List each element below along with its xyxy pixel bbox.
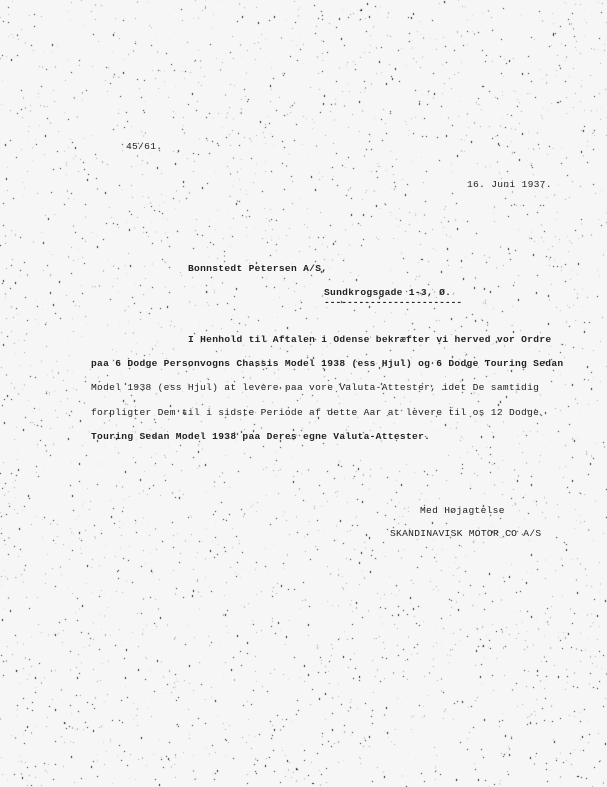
letter-date: 16. Juni 1937. [467,179,552,190]
body-line: paa 6 Dodge Personvogns Chassis Model 19… [91,358,563,369]
body-line: I Henhold til Aftalen i Odense bekræfter… [188,334,551,345]
closing-salutation: Med Højagtelse [420,505,505,516]
body-line: Model 1938 (ess Hjul) at levere paa vore… [91,382,539,393]
reference-number: 45/61. [126,141,162,152]
body-line: Touring Sedan Model 1938 paa Deres egne … [91,431,430,442]
body-line: forpligter Dem til i sidste Periode af d… [91,407,539,418]
recipient-name: Bonnstedt Petersen A/S, [188,263,327,274]
scan-noise-background [0,0,607,787]
address-underline: ------------------------ [324,297,462,308]
signature-company: SKANDINAVISK MOTOR CO A/S [390,528,541,539]
